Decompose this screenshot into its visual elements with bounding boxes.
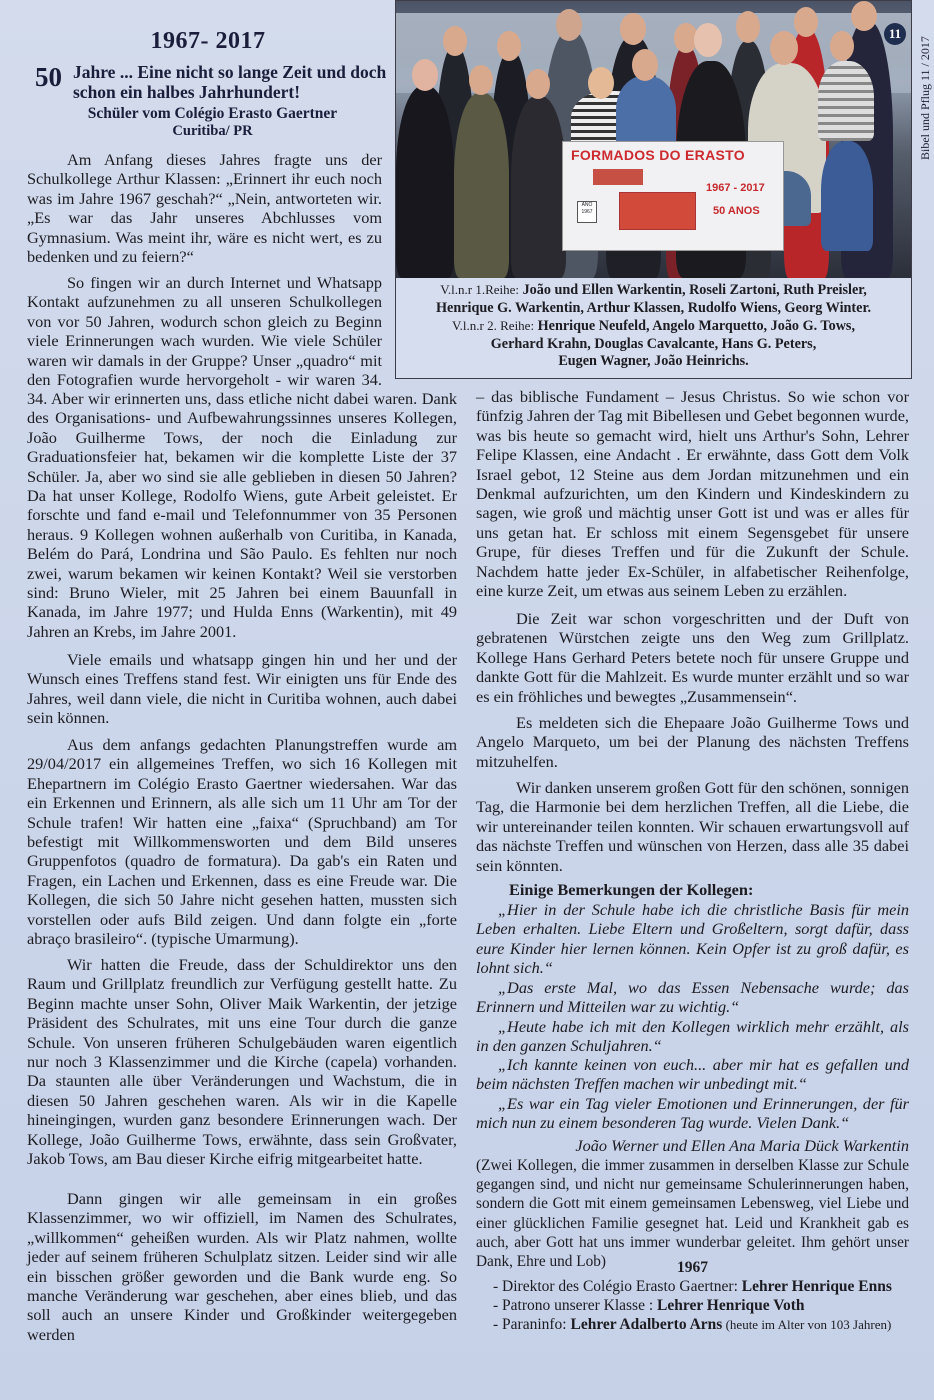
caption-row1-line2: Henrique G. Warkentin, Arthur Klassen, R… [396,300,911,318]
person-figure [454,93,509,278]
right-paragraph-1-text: – das biblische Fundament – Jesus Christ… [476,387,909,600]
header-location: Curitiba/ PR [35,123,390,140]
quote-3: „Heute habe ich mit den Kollegen wirklic… [476,1017,909,1056]
banner-title: FORMADOS DO ERASTO [571,147,745,163]
paragraph-3: Viele emails und whatsapp gingen hin und… [27,650,457,728]
paragraph-5-text: Wir hatten die Freude, dass der Schuldir… [27,955,457,1168]
paragraph-2-text: So fingen wir an durch Internet und What… [27,273,382,389]
caption-row1-names-a: João und Ellen Warkentin, Roseli Zartoni… [523,282,867,298]
header-subtitle: Schüler vom Colégio Erasto Gaertner [35,104,390,123]
person-head [497,31,521,61]
person-head [694,23,722,57]
right-paragraph-2: Die Zeit war schon vorgeschritten und de… [476,609,909,706]
quote-1: „Hier in der Schule habe ich die christl… [476,900,909,978]
person-figure [616,76,676,151]
right-paragraph-4-text: Wir danken unserem großen Gott für den s… [476,778,909,875]
person-figure [511,96,566,278]
fact-line-patrono: - Patrono unserer Klasse : Lehrer Henriq… [493,1297,805,1315]
fact-value: Lehrer Henrique Enns [742,1278,892,1295]
right-paragraph-4: Wir danken unserem großen Gott für den s… [476,778,909,875]
signature: João Werner und Ellen Ana Maria Dück War… [476,1136,909,1156]
paragraph-6: Dann gingen wir alle gemeinsam in ein gr… [27,1189,457,1344]
remarks-heading: Einige Bemerkungen der Kollegen: [509,880,753,900]
paragraph-3-text: Viele emails und whatsapp gingen hin und… [27,650,457,727]
caption-row2-names-c: Eugen Wagner, João Heinrichs. [558,353,748,369]
closing-note: (Zwei Kollegen, die immer zusammen in de… [476,1156,909,1271]
person-head [620,13,646,45]
right-paragraph-2-text: Die Zeit war schon vorgeschritten und de… [476,609,909,706]
caption-row2-label: V.l.n.r 2. Reihe: [452,318,534,333]
caption-row1-label: V.l.n.r 1.Reihe: [440,282,519,297]
paragraph-5: Wir hatten die Freude, dass der Schuldir… [27,955,457,1168]
fact-label: - Patrono unserer Klasse : [493,1297,657,1314]
person-head [770,31,798,65]
banner-photo-strip [593,169,643,185]
running-title-vertical: Bibel und Pflug 11 / 2017 [918,20,932,160]
person-figure [396,86,454,278]
header-year-range: 1967- 2017 [27,28,389,55]
caption-row2-line3: Eugen Wagner, João Heinrichs. [396,353,911,371]
fact-label: - Direktor des Colégio Erasto Gaertner: [493,1278,742,1295]
person-head [443,26,467,56]
paragraph-4-text: Aus dem anfangs gedachten Planungstreffe… [27,735,457,948]
quote-4: „Ich kannte keinen von euch... aber mir … [476,1055,909,1094]
person-head [830,31,854,61]
magazine-page: 1967- 2017 50 Jahre ... Eine nicht so la… [0,0,934,1400]
person-head [556,9,582,41]
caption-row1-line1: V.l.n.r 1.Reihe: João und Ellen Warkenti… [396,281,911,300]
header-big-number: 50 [35,62,62,93]
fact-line-director: - Direktor des Colégio Erasto Gaertner: … [493,1278,892,1296]
fact-label: - Paraninfo: [493,1316,570,1333]
paragraph-1-text: Am Anfang dieses Jahres fragte uns der S… [27,150,382,266]
fact-line-paraninfo: - Paraninfo: Lehrer Adalberto Arns (heut… [493,1316,891,1334]
caption-row2-names-b: Gerhard Krahn, Douglas Cavalcante, Hans … [491,336,817,352]
person-head [851,1,877,31]
running-title-text: Bibel und Pflug 11 / 2017 [918,20,933,160]
page-number-badge: 11 [884,23,906,45]
banner-ano-sign: ANO 1967 [577,201,597,223]
right-paragraph-1: – das biblische Fundament – Jesus Christ… [476,387,909,600]
person-head [588,67,614,99]
caption-row2-names-a: Henrique Neufeld, Angelo Marquetto, João… [538,318,855,334]
paragraph-6-text: Dann gingen wir alle gemeinsam in ein gr… [27,1189,457,1344]
photo-with-caption: FORMADOS DO ERASTO ANO 1967 1967 - 2017 … [395,0,912,379]
person-figure [821,141,873,251]
formados-banner: FORMADOS DO ERASTO ANO 1967 1967 - 2017 … [562,141,784,251]
quote-2: „Das erste Mal, wo das Essen Nebensache … [476,978,909,1017]
paragraph-2a: So fingen wir an durch Internet und What… [27,273,382,389]
caption-row1-names-b: Henrique G. Warkentin, Arthur Klassen, R… [436,300,871,316]
photo-caption: V.l.n.r 1.Reihe: João und Ellen Warkenti… [396,281,911,371]
banner-years: 1967 - 2017 [706,182,765,194]
quote-5: „Es war ein Tag vieler Emotionen und Eri… [476,1094,909,1133]
right-paragraph-3-text: Es meldeten sich die Ehepaare João Guilh… [476,713,909,771]
paragraph-1: Am Anfang dieses Jahres fragte uns der S… [27,150,382,266]
header-title: Jahre ... Eine nicht so lange Zeit und d… [73,62,391,102]
person-head [632,49,658,81]
paragraph-2b: 34. Aber wir erinnerten uns, dass etlich… [27,389,457,641]
person-head [736,11,760,43]
facts-year: 1967 [476,1259,909,1277]
group-photo: FORMADOS DO ERASTO ANO 1967 1967 - 2017 … [396,1,911,278]
paragraph-2-continuation: 34. Aber wir erinnerten uns, dass etlich… [27,389,457,641]
person-figure [818,61,874,141]
person-head [794,7,818,37]
banner-class-photo [619,192,696,230]
fact-note: (heute im Alter von 103 Jahren) [722,1317,891,1332]
caption-row2-line2: Gerhard Krahn, Douglas Cavalcante, Hans … [396,336,911,354]
caption-row2-line1: V.l.n.r 2. Reihe: Henrique Neufeld, Ange… [396,317,911,336]
fact-value: Lehrer Adalberto Arns [570,1316,722,1333]
fact-value: Lehrer Henrique Voth [657,1297,805,1314]
banner-anos: 50 ANOS [713,205,760,217]
person-head [412,59,438,91]
person-head [526,69,550,99]
right-paragraph-3: Es meldeten sich die Ehepaare João Guilh… [476,713,909,771]
paragraph-4: Aus dem anfangs gedachten Planungstreffe… [27,735,457,948]
person-head [469,65,493,95]
